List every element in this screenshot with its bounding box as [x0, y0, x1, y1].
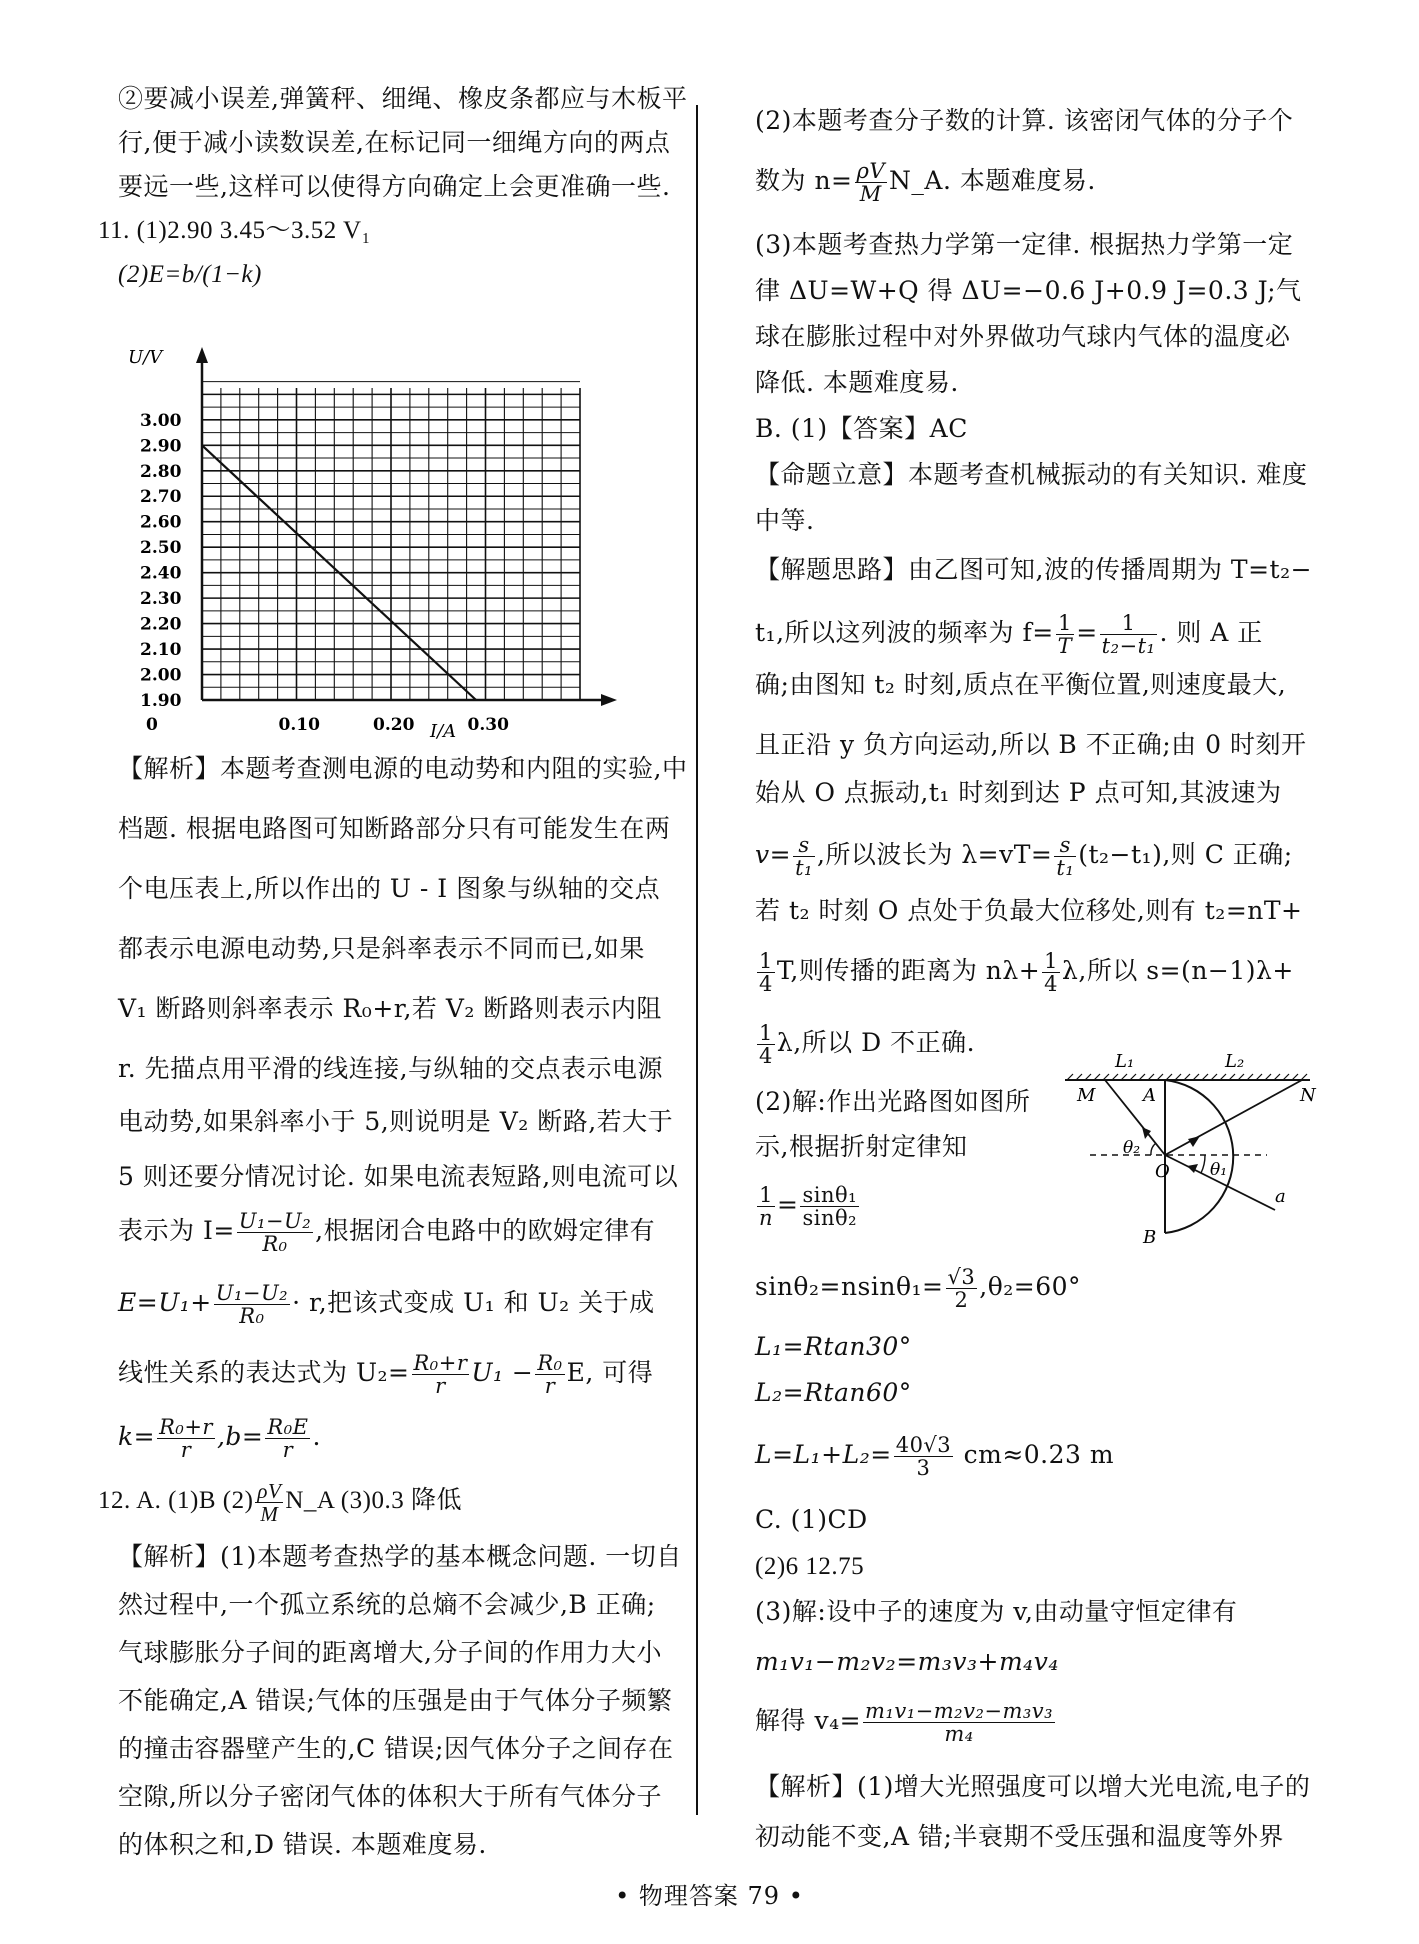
x-axis-arrow-icon: [601, 694, 617, 706]
svg-text:2.50: 2.50: [140, 538, 182, 558]
v4-formula: 解得 v₄=m₁v₁−m₂v₂−m₃v₃m₄: [755, 1700, 1057, 1745]
text-line: (2)本题考查分子数的计算. 该密闭气体的分子个: [755, 104, 1293, 138]
svg-text:2.20: 2.20: [140, 615, 182, 635]
text-line: B. (1)【答案】AC: [755, 412, 968, 446]
analysis-line: 电动势,如果斜率小于 5,则说明是 V₂ 断路,若大于: [118, 1105, 673, 1139]
partC-line: (3)解:设中子的速度为 v,由动量守恒定律有: [755, 1595, 1237, 1629]
q11-answer: 11. (1)2.90 3.45～3.52 V₁: [98, 214, 371, 248]
svg-text:L₁: L₁: [1114, 1051, 1134, 1072]
analysis-line: 个电压表上,所以作出的 U - I 图象与纵轴的交点: [118, 872, 660, 906]
text-line: 球在膨胀过程中对外界做功气球内气体的温度必: [755, 320, 1291, 354]
analysis-line: 【解析】本题考查测电源的电动势和内阻的实验,中: [118, 752, 687, 786]
formula-k-b: k=R₀+rr,b=R₀Er.: [118, 1416, 321, 1461]
y-axis-label: U/V: [128, 347, 164, 368]
page-footer: • 物理答案 79 •: [0, 1876, 1419, 1911]
velocity-formula-line: v=st₁,所以波长为 λ=vT=st₁(t₂−t₁),则 C 正确;: [755, 834, 1293, 879]
momentum-formula: m₁v₁−m₂v₂=m₃v₃+m₄v₄: [755, 1645, 1059, 1679]
formula-i: 表示为 I=U₁−U₂R₀,根据闭合电路中的欧姆定律有: [118, 1210, 655, 1255]
svg-text:2.90: 2.90: [140, 436, 182, 456]
text-line: 降低. 本题难度易.: [755, 366, 959, 400]
svg-text:0.30: 0.30: [468, 715, 510, 735]
x-axis-label: I/A: [429, 721, 456, 742]
q12-analysis-line: 【解析】(1)本题考查热学的基本概念问题. 一切自: [118, 1540, 682, 1574]
chart-grid: [202, 382, 580, 700]
q12-analysis-line: 空隙,所以分子密闭气体的体积大于所有气体分子: [118, 1780, 662, 1814]
text-line: 要远一些,这样可以使得方向确定上会更准确一些.: [118, 170, 670, 204]
q12-answer: 12. A. (1)B (2)ρVMN_A (3)0.3 降低: [98, 1480, 462, 1525]
text-line: 律 ΔU=W+Q 得 ΔU=−0.6 J+0.9 J=0.3 J;气: [755, 274, 1302, 308]
snell-formula: 1n=sinθ₁sinθ₂: [755, 1184, 861, 1229]
svg-text:2.60: 2.60: [140, 513, 182, 533]
svg-text:2.30: 2.30: [140, 589, 182, 609]
n-formula-line: 数为 n=ρVMN_A. 本题难度易.: [755, 160, 1096, 205]
y-tick-labels: 1.902.002.102.202.302.402.502.602.702.80…: [140, 411, 182, 711]
analysis-line: 5 则还要分情况讨论. 如果电流表短路,则电流可以: [118, 1160, 678, 1194]
semicircle-arc: [1165, 1080, 1233, 1233]
svg-text:θ₂: θ₂: [1123, 1138, 1140, 1158]
q12-analysis-line: 然过程中,一个孤立系统的总熵不会减少,B 正确;: [118, 1588, 656, 1622]
text-line: 中等.: [755, 504, 814, 538]
quarter-formula-line: 14T,则传播的距离为 nλ+14λ,所以 s=(n−1)λ+: [755, 950, 1294, 995]
text-line: 行,便于减小读数误差,在标记同一细绳方向的两点: [118, 126, 670, 160]
formula-e: E=U₁+U₁−U₂R₀· r,把该式变成 U₁ 和 U₂ 关于成: [118, 1282, 655, 1327]
arrow-icon: [1188, 1136, 1200, 1147]
refracted-ray: [1165, 1080, 1302, 1155]
d-conclusion-line: 14λ,所以 D 不正确.: [755, 1022, 975, 1067]
analysis-line: r. 先描点用平滑的线连接,与纵轴的交点表示电源: [118, 1052, 663, 1086]
svg-text:M: M: [1076, 1085, 1096, 1106]
q12-analysis-line: 不能确定,A 错误;气体的压强是由于气体分子频繁: [118, 1684, 672, 1718]
svg-text:θ₁: θ₁: [1210, 1160, 1227, 1180]
svg-text:0.10: 0.10: [279, 715, 321, 735]
svg-text:B: B: [1142, 1227, 1156, 1245]
frequency-formula-line: t₁,所以这列波的频率为 f=1T=1t₂−t₁. 则 A 正: [755, 612, 1263, 657]
analysis-line: 初动能不变,A 错;半衰期不受压强和温度等外界: [755, 1820, 1284, 1854]
svg-text:0.20: 0.20: [373, 715, 415, 735]
text-line: 【解题思路】由乙图可知,波的传播周期为 T=t₂−: [755, 553, 1312, 587]
analysis-line: 都表示电源电动势,只是斜率表示不同而已,如果: [118, 932, 645, 966]
svg-text:0: 0: [146, 715, 158, 735]
svg-text:1.90: 1.90: [140, 691, 182, 711]
svg-text:3.00: 3.00: [140, 411, 182, 431]
u-i-chart: U/V I/A 1.902.002.102.202.302.402.502.60…: [120, 345, 620, 745]
y-axis-arrow-icon: [196, 347, 208, 363]
optics-diagram: L₁ L₂ M A N θ₂ O θ₁ a B: [1055, 1045, 1325, 1245]
svg-text:2.70: 2.70: [140, 487, 182, 507]
l2-formula: L₂=Rtan60°: [755, 1376, 912, 1410]
q12-analysis-line: 的体积之和,D 错误. 本题难度易.: [118, 1828, 487, 1862]
svg-text:a: a: [1275, 1186, 1286, 1207]
formula-linear: 线性关系的表达式为 U₂=R₀+rrU₁ −R₀rE, 可得: [118, 1352, 653, 1397]
svg-text:L₂: L₂: [1224, 1051, 1244, 1072]
sin-formula: sinθ₂=nsinθ₁=√32,θ₂=60°: [755, 1266, 1081, 1311]
text-line: 若 t₂ 时刻 O 点处于负最大位移处,则有 t₂=nT+: [755, 894, 1303, 928]
svg-text:2.40: 2.40: [140, 564, 182, 584]
svg-text:2.10: 2.10: [140, 640, 182, 660]
column-divider: [696, 105, 698, 1815]
text-line: 始从 O 点振动,t₁ 时刻到达 P 点可知,其波速为: [755, 776, 1282, 810]
l1-formula: L₁=Rtan30°: [755, 1330, 912, 1364]
partC-line: (2)6 12.75: [755, 1550, 864, 1584]
text-line: 且正沿 y 负方向运动,所以 B 不正确;由 0 时刻开: [755, 728, 1306, 762]
svg-text:N: N: [1299, 1085, 1317, 1106]
analysis-line: V₁ 断路则斜率表示 R₀+r,若 V₂ 断路则表示内阻: [118, 992, 662, 1026]
text-line: 【命题立意】本题考查机械振动的有关知识. 难度: [755, 458, 1307, 492]
optics-line: 示,根据折射定律知: [755, 1130, 967, 1164]
q11-formula: (2)E=b/(1−k): [118, 258, 262, 292]
text-line: 确;由图知 t₂ 时刻,质点在平衡位置,则速度最大,: [755, 668, 1286, 702]
analysis-line: 档题. 根据电路图可知断路部分只有可能发生在两: [118, 812, 670, 846]
svg-text:2.80: 2.80: [140, 462, 182, 482]
analysis-line: 【解析】(1)增大光照强度可以增大光电流,电子的: [755, 1770, 1310, 1804]
svg-text:O: O: [1155, 1161, 1170, 1182]
q12-analysis-line: 气球膨胀分子间的距离增大,分子间的作用力大小: [118, 1636, 662, 1670]
l-total-formula: L=L₁+L₂=40√33 cm≈0.23 m: [755, 1434, 1114, 1479]
svg-text:2.00: 2.00: [140, 666, 182, 686]
svg-text:A: A: [1141, 1085, 1156, 1106]
q12-analysis-line: 的撞击容器壁产生的,C 错误;因气体分子之间存在: [118, 1732, 673, 1766]
optics-line: (2)解:作出光路图如图所: [755, 1085, 1030, 1119]
text-line: ②要减小误差,弹簧秤、细绳、橡皮条都应与木板平: [118, 82, 687, 116]
text-line: (3)本题考查热力学第一定律. 根据热力学第一定: [755, 228, 1293, 262]
partC-line: C. (1)CD: [755, 1503, 868, 1537]
